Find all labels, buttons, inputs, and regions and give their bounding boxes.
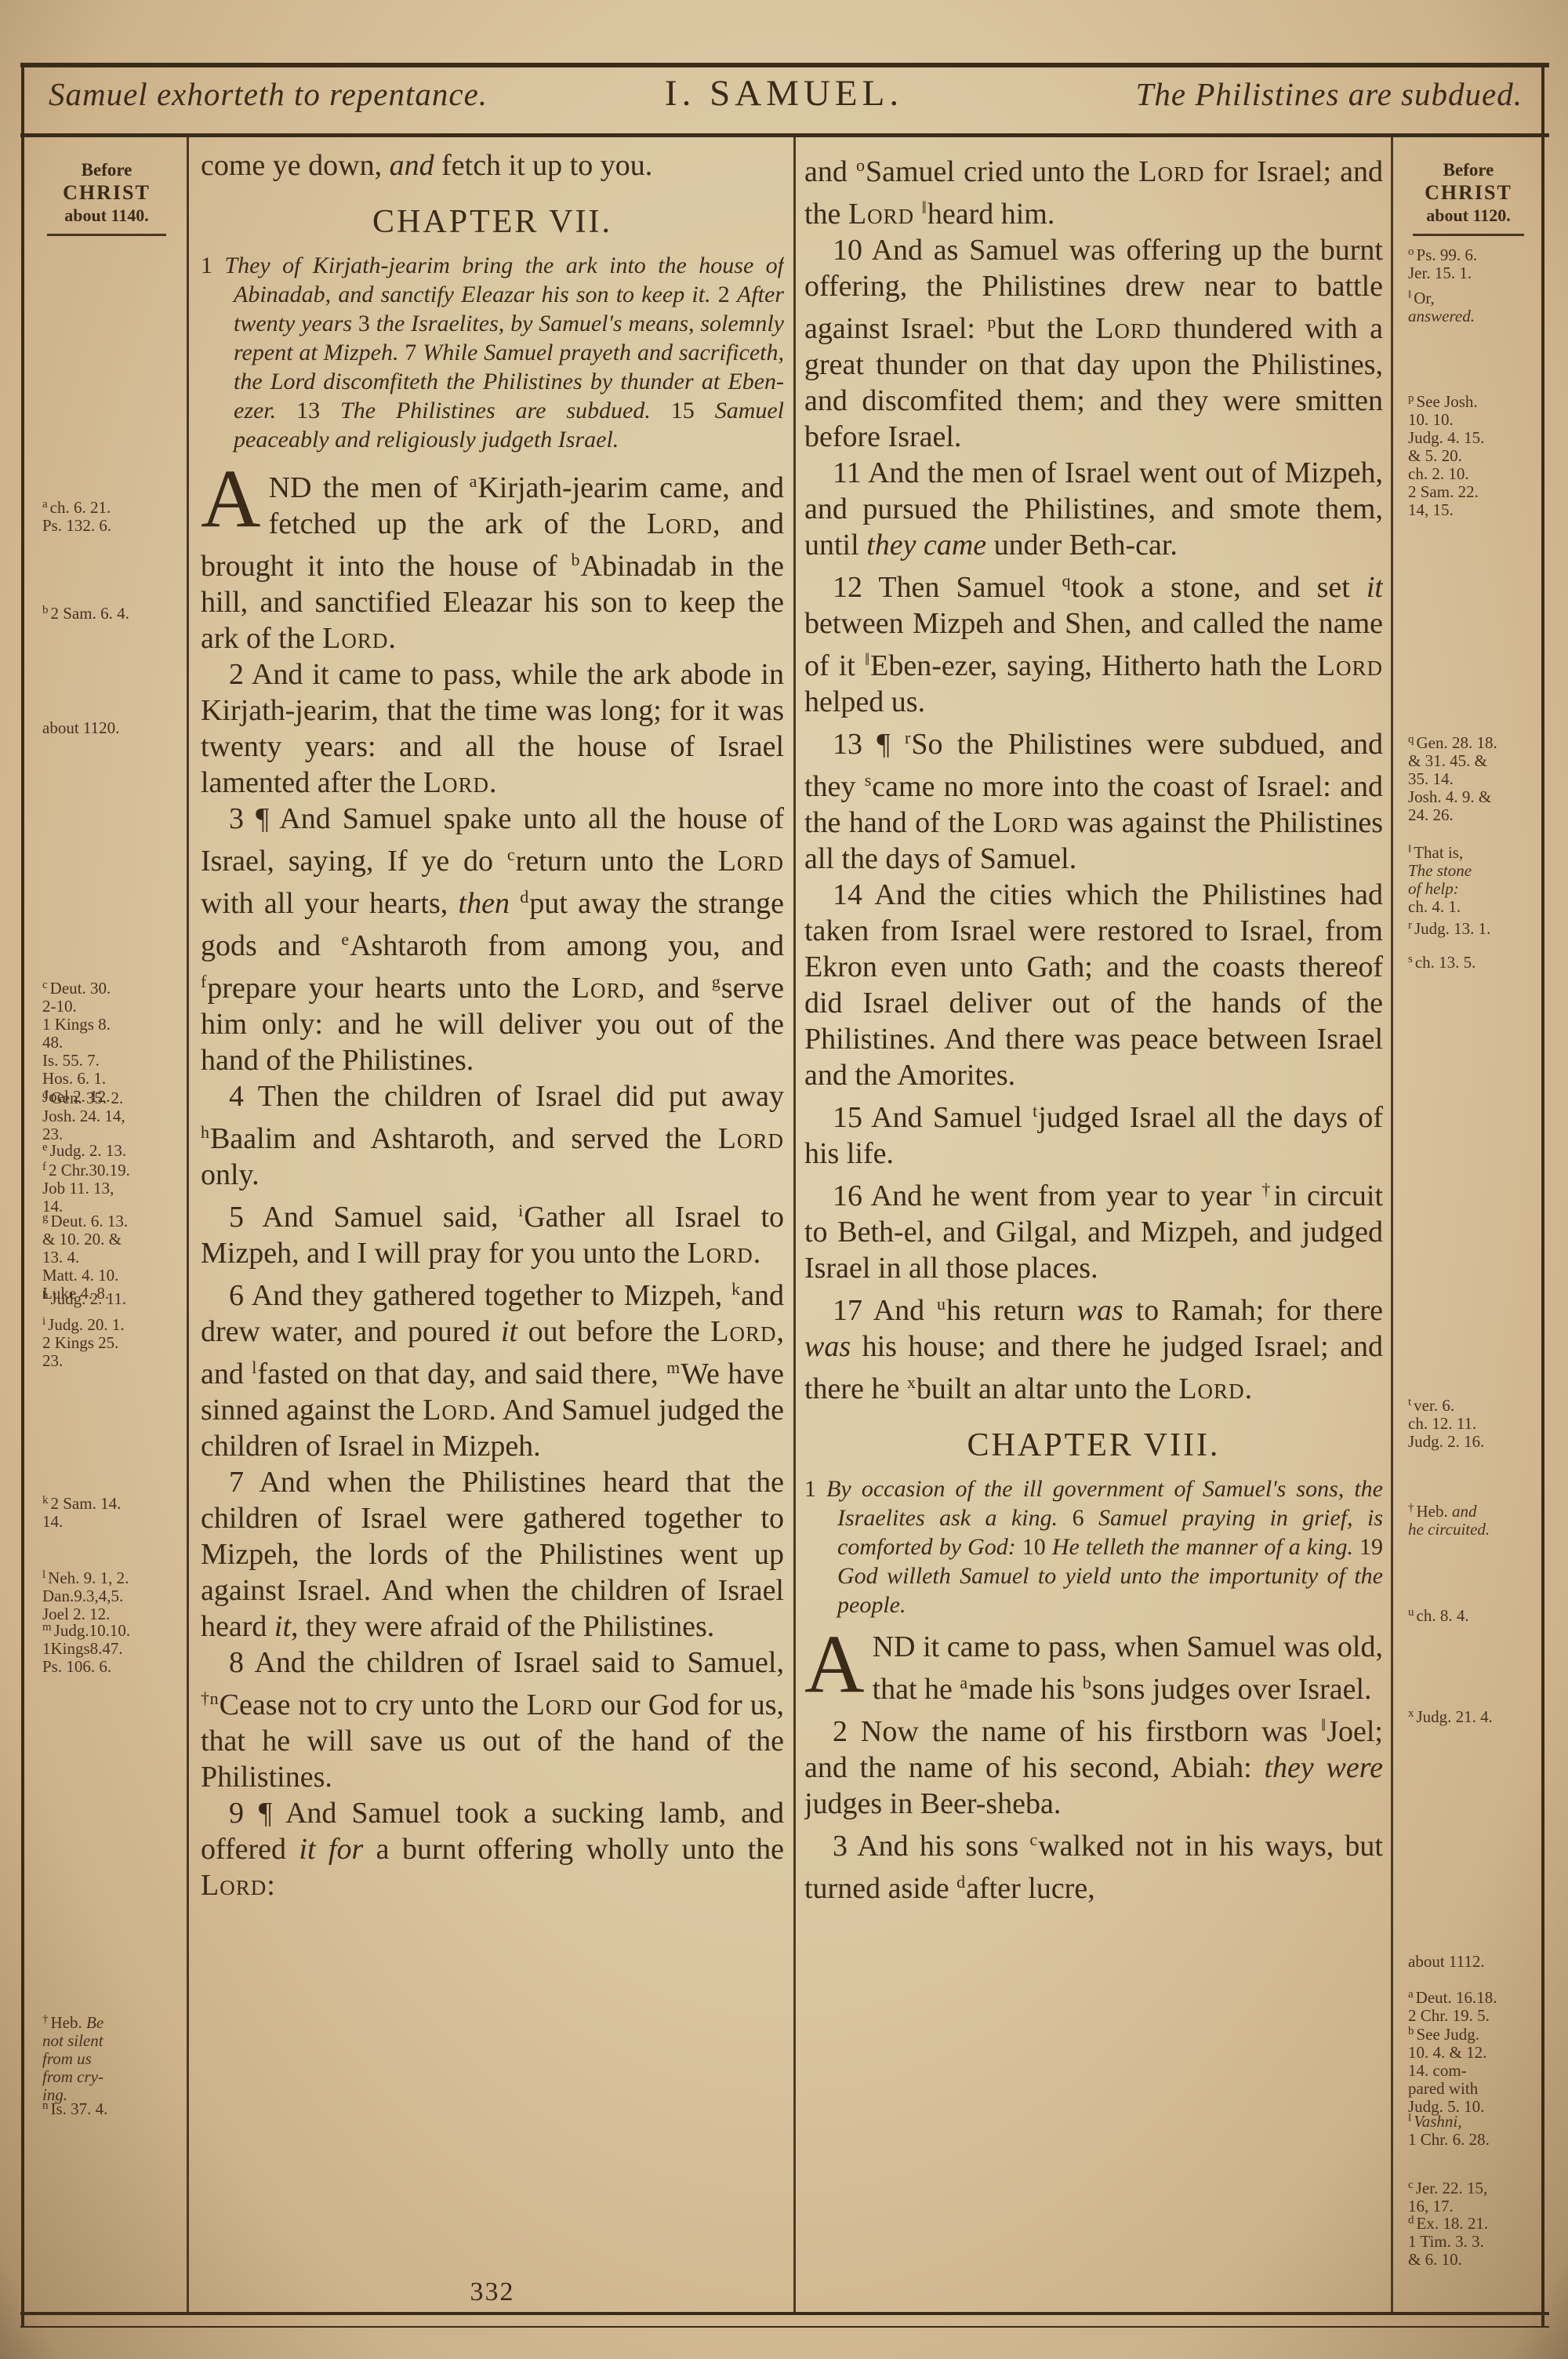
margin-note: dEx. 18. 21. 1 Tim. 3. 3. & 6. 10. (1408, 2212, 1538, 2269)
margin-note: oPs. 99. 6. Jer. 15. 1. (1408, 243, 1538, 282)
margin-note: about 1120. (42, 719, 180, 737)
verse-continuation: come ye down, and fetch it up to you. (201, 147, 784, 184)
verse-continuation: and oSamuel cried unto the Lord for Isra… (804, 147, 1383, 232)
margin-note: about 1112. (1408, 1953, 1538, 1971)
verse-8-1: AND it came to pass, when Samuel was old… (804, 1629, 1383, 1707)
verse-7-14: 14 And the cities which the Philistines … (804, 877, 1383, 1093)
right-margin-divider (1391, 137, 1393, 2312)
left-margin-divider (187, 137, 189, 2312)
verse-7-11: 11 And the men of Israel went out of Miz… (804, 455, 1383, 563)
verse-7-4: 4 Then the children of Israel did put aw… (201, 1078, 784, 1193)
verse-7-13: 13 ¶ rSo the Philistines were subdued, a… (804, 720, 1383, 877)
chapter-vii-heading: CHAPTER VII. (201, 204, 784, 240)
verse-7-8: 8 And the children of Israel said to Sam… (201, 1645, 784, 1795)
margin-note: sch. 13. 5. (1408, 951, 1538, 972)
running-head-right: The Philistines are subdued. (1136, 75, 1523, 130)
margin-note: hJudg. 2. 11. (42, 1287, 180, 1308)
margin-note: pSee Josh. 10. 10. Judg. 4. 15. & 5. 20.… (1408, 390, 1538, 519)
right-frame-rule (1541, 63, 1544, 2328)
before-christ-block: Before CHRIST about 1120. (1402, 158, 1535, 236)
running-head-title: I. SAMUEL. (665, 72, 903, 127)
verse-7-3: 3 ¶ And Samuel spake unto all the house … (201, 801, 784, 1078)
margin-note: bSee Judg. 10. 4. & 12. 14. com- pared w… (1408, 2023, 1538, 2116)
verse-7-1: AND the men of aKirjath-jearim came, and… (201, 463, 784, 656)
verse-8-3: 3 And his sons cwalked not in his ways, … (804, 1822, 1383, 1906)
verse-8-2: 2 Now the name of his firstborn was ‖Joe… (804, 1707, 1383, 1822)
right-text-column: and oSamuel cried unto the Lord for Isra… (804, 147, 1383, 2314)
top-frame-rule (20, 63, 1549, 67)
margin-note: †Heb. and he circuited. (1408, 1499, 1538, 1539)
page-number: 332 (201, 2274, 784, 2310)
margin-note: aDeut. 16.18. 2 Chr. 19. 5. (1408, 1986, 1538, 2025)
header-bottom-rule (20, 133, 1549, 137)
margin-note: ach. 6. 21. Ps. 132. 6. (42, 496, 180, 535)
verse-7-5: 5 And Samuel said, iGather all Israel to… (201, 1193, 784, 1271)
verse-7-15: 15 And Samuel tjudged Israel all the day… (804, 1093, 1383, 1172)
verse-7-7: 7 And when the Philistines heard that th… (201, 1464, 784, 1645)
center-column-divider (793, 137, 796, 2312)
margin-note: lNeh. 9. 1, 2. Dan.9.3,4,5. Joel 2. 12. (42, 1566, 180, 1623)
chapter-viii-summary: 1 By occasion of the ill government of S… (804, 1474, 1383, 1619)
margin-note: f2 Chr.30.19. Job 11. 13, 14. (42, 1158, 180, 1216)
margin-note: tver. 6. ch. 12. 11. Judg. 2. 16. (1408, 1394, 1538, 1451)
before-christ-rule (47, 234, 165, 236)
bible-page-scan: Samuel exhorteth to repentance. I. SAMUE… (0, 0, 1568, 2359)
left-text-column: come ye down, and fetch it up to you. CH… (201, 147, 784, 2314)
bottom-frame-rule-2 (20, 2326, 1549, 2328)
before-christ-block: Before CHRIST about 1140. (36, 158, 177, 236)
chapter-vii-summary: 1 They of Kirjath-jearim bring the ark i… (201, 251, 784, 454)
running-head-left: Samuel exhorteth to repentance. (49, 75, 488, 130)
margin-note: mJudg.10.10. 1Kings8.47. Ps. 106. 6. (42, 1619, 180, 1676)
verse-7-10: 10 And as Samuel was offering up the bur… (804, 232, 1383, 455)
margin-note: cJer. 22. 15, 16, 17. (1408, 2176, 1538, 2215)
before-christ-rule (1413, 234, 1525, 236)
verse-7-9: 9 ¶ And Samuel took a sucking lamb, and … (201, 1795, 784, 1903)
margin-note: eJudg. 2. 13. (42, 1139, 180, 1160)
left-frame-rule (21, 63, 24, 2328)
margin-note: iJudg. 20. 1. 2 Kings 25. 23. (42, 1313, 180, 1370)
verse-7-2: 2 And it came to pass, while the ark abo… (201, 656, 784, 801)
margin-note: ‖Or, answered. (1408, 286, 1538, 325)
verse-7-6: 6 And they gathered together to Mizpeh, … (201, 1271, 784, 1464)
verse-7-17: 17 And uhis return was to Ramah; for the… (804, 1286, 1383, 1407)
margin-note: nIs. 37. 4. (42, 2097, 180, 2118)
right-margin-column: Before CHRIST about 1120. oPs. 99. 6. Je… (1402, 149, 1540, 2314)
margin-note: uch. 8. 4. (1408, 1604, 1538, 1625)
margin-note: b2 Sam. 6. 4. (42, 602, 180, 623)
margin-note: qGen. 28. 18. & 31. 45. & 35. 14. Josh. … (1408, 731, 1538, 824)
margin-note: ‖Vashni, 1 Chr. 6. 28. (1408, 2110, 1538, 2149)
chapter-viii-heading: CHAPTER VIII. (804, 1427, 1383, 1463)
margin-note: k2 Sam. 14. 14. (42, 1492, 180, 1531)
margin-note: ‖That is, The stone of help: ch. 4. 1. (1408, 841, 1538, 916)
verse-7-12: 12 Then Samuel qtook a stone, and set it… (804, 563, 1383, 720)
verse-7-16: 16 And he went from year to year †in cir… (804, 1172, 1383, 1286)
margin-note: dGen. 35. 2. Josh. 24. 14, 23. (42, 1086, 180, 1143)
margin-note: †Heb. Be not silent from us from cry- in… (42, 2011, 180, 2104)
left-margin-column: Before CHRIST about 1140. ach. 6. 21. Ps… (36, 149, 182, 2314)
margin-note: rJudg. 13. 1. (1408, 917, 1538, 938)
margin-note: xJudg. 21. 4. (1408, 1705, 1538, 1726)
